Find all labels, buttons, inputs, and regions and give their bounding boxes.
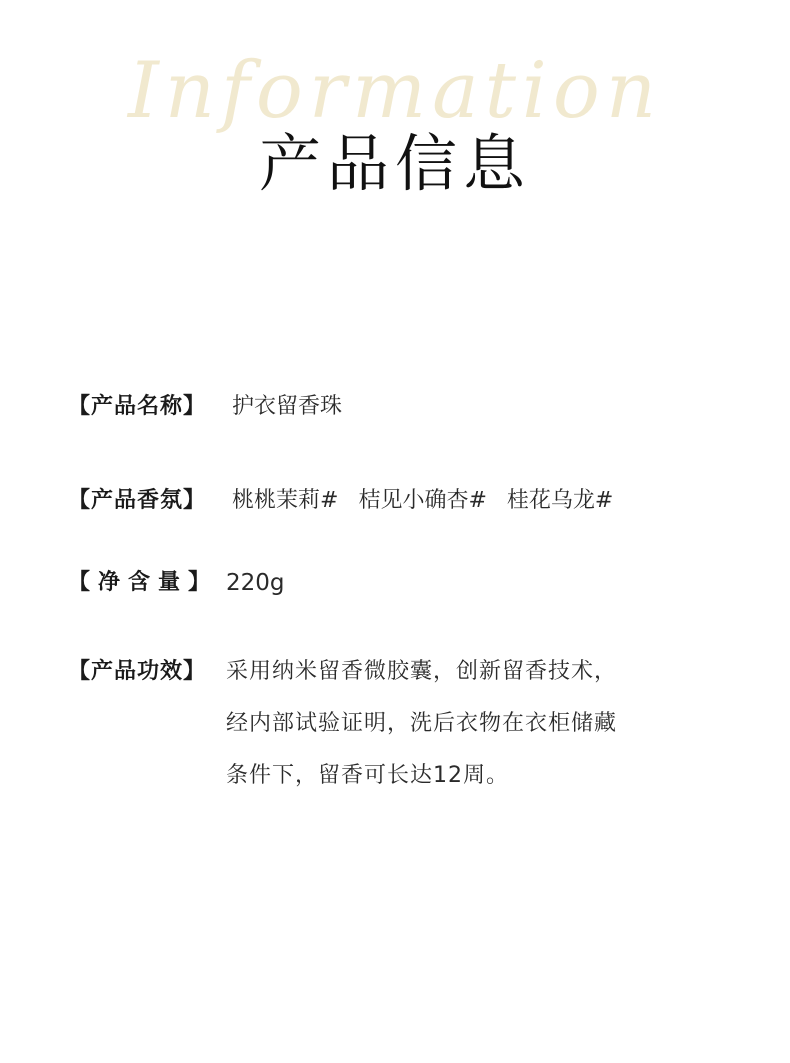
page-title: 产品信息 [0,130,790,198]
scent-item: 桂花乌龙# [507,488,613,513]
info-row-product-scent: 【产品香氛】 桃桃茉莉#桔见小确杏#桂花乌龙# [68,488,633,514]
info-row-product-name: 【产品名称】 护衣留香珠 [68,394,342,420]
net-weight-label: 【净含量】 [68,570,218,596]
info-row-product-effect: 【产品功效】 采用纳米留香微胶囊，创新留香技术， 经内部试验证明，洗后衣物在衣柜… [68,659,617,815]
product-scent-label: 【产品香氛】 [68,488,206,514]
script-decorative-title: Information [0,52,790,130]
section-header: Information 产品信息 [0,0,790,230]
product-scent-values: 桃桃茉莉#桔见小确杏#桂花乌龙# [232,488,633,514]
effect-line: 经内部试验证明，洗后衣物在衣柜储藏 [226,711,617,763]
effect-line: 采用纳米留香微胶囊，创新留香技术， [226,659,617,711]
effect-line: 条件下，留香可长达12周。 [226,763,617,815]
info-row-net-weight: 【净含量】 220g [68,570,285,598]
product-effect-label: 【产品功效】 [68,659,206,685]
product-effect-description: 采用纳米留香微胶囊，创新留香技术， 经内部试验证明，洗后衣物在衣柜储藏 条件下，… [226,659,617,815]
product-name-label: 【产品名称】 [68,394,206,420]
scent-item: 桔见小确杏# [358,488,486,513]
product-name-value: 护衣留香珠 [232,394,342,420]
net-weight-value: 220g [226,570,285,598]
scent-item: 桃桃茉莉# [232,488,338,513]
